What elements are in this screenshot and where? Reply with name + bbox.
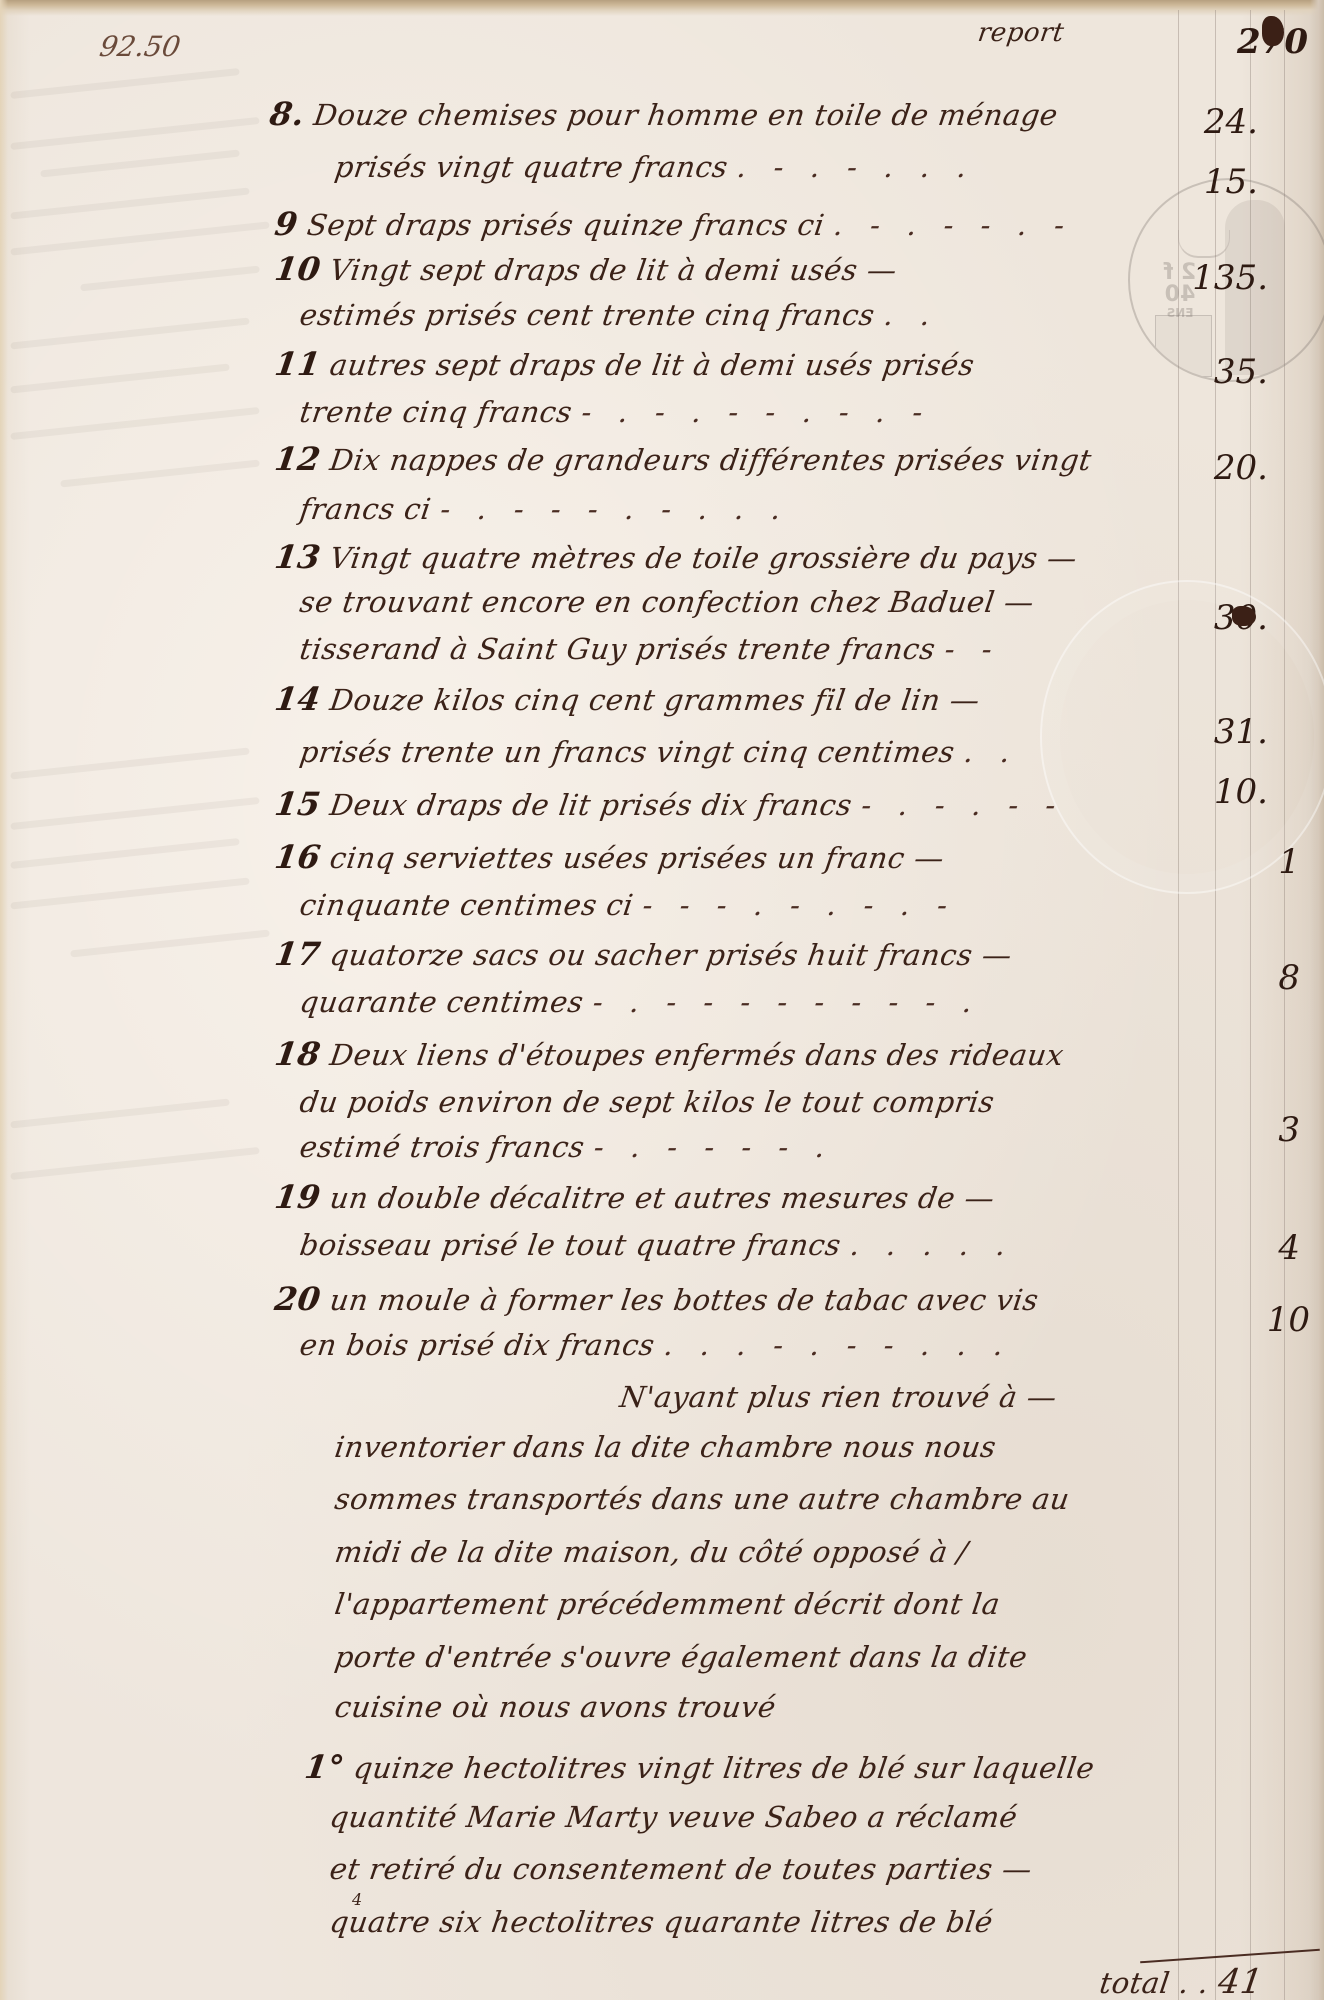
item-17-line-1: 17 quatorze sacs ou sacher prisés huit f…: [272, 935, 1014, 973]
item-20-line-2: en bois prisé dix francs . . . - . - - .…: [298, 1328, 1015, 1362]
item-10-amount: 135.: [1178, 258, 1268, 298]
bleed-through-text: [10, 407, 259, 440]
new-item-1-line-1: 1° quinze hectolitres vingt litres de bl…: [302, 1748, 1097, 1786]
paragraph-line-1: N'ayant plus rien trouvé à —: [618, 1380, 1059, 1414]
bleed-through-text: [80, 266, 260, 292]
new-item-1-line-4: quatre six hectolitres quarante litres d…: [328, 1905, 996, 1939]
struck-digit-blot: [1232, 606, 1256, 626]
item-10-line-1: 10 Vingt sept draps de lit à demi usés —: [272, 250, 899, 288]
item-19-line-1: 19 un double décalitre et autres mesures…: [272, 1178, 997, 1216]
item-15-line-1: 15 Deux draps de lit prisés dix francs -…: [272, 785, 1067, 823]
bleed-through-text: [10, 317, 249, 349]
item-13-line-1: 13 Vingt quatre mètres de toile grossièr…: [272, 538, 1079, 576]
item-19-line-2: boisseau prisé le tout quatre francs . .…: [298, 1228, 1017, 1262]
item-18-line-2: du poids environ de sept kilos le tout c…: [298, 1085, 997, 1119]
item-16-line-2: cinquante centimes ci - - - . - . - . -: [298, 888, 959, 922]
bleed-through-text: [70, 930, 270, 958]
report-label: report: [976, 18, 1066, 48]
bleed-through-text: [10, 1147, 259, 1180]
item-11-line-1: 11 autres sept draps de lit à demi usés …: [272, 345, 977, 383]
item-14-line-1: 14 Douze kilos cinq cent grammes fil de …: [272, 680, 982, 718]
item-15-amount: 10.: [1178, 772, 1268, 812]
bleed-through-text: [10, 117, 259, 150]
paragraph-line-5: l'appartement précédemment décrit dont l…: [333, 1587, 1003, 1621]
item-16-line-1: 16 cinq serviettes usées prisées un fran…: [272, 838, 946, 876]
item-11-line-2: trente cinq francs - . - . - - . - . -: [298, 395, 934, 429]
bleed-through-text: [10, 747, 249, 779]
item-12-line-1: 12 Dix nappes de grandeurs différentes p…: [272, 440, 1094, 478]
left-page-edge: [0, 0, 8, 2000]
scales-of-justice-icon: [1178, 230, 1230, 258]
item-20-amount: 10: [1220, 1300, 1310, 1340]
item-18-line-3: estimé trois francs - . - - - - .: [298, 1130, 837, 1164]
item-8-line-2: prisés vingt quatre francs . - . - . . .: [333, 150, 978, 184]
bleed-through-text: [10, 68, 239, 99]
ink-blot: [1262, 16, 1284, 46]
item-9-line-1: 9 Sept draps prisés quinze francs ci . -…: [272, 205, 1076, 243]
bleed-through-text: [10, 838, 239, 869]
item-9-amount: 15.: [1168, 162, 1258, 202]
paragraph-line-7: cuisine où nous avons trouvé: [333, 1690, 779, 1724]
item-10-line-2: estimés prisés cent trente cinq francs .…: [298, 298, 942, 332]
new-item-1-line-3: et retiré du consentement de toutes part…: [328, 1852, 1035, 1886]
binding-edge: [0, 0, 1324, 16]
ledger-page: 2 f 40 ENS 92.50 report 270 8. Douze che…: [0, 0, 1324, 2000]
bleed-through-text: [40, 150, 240, 178]
item-19-amount: 4: [1210, 1228, 1300, 1268]
item-12-amount: 20.: [1178, 448, 1268, 488]
item-16-amount: 1: [1210, 842, 1300, 882]
item-8-amount: 24.: [1168, 102, 1258, 142]
bleed-through-text: [10, 877, 249, 909]
bleed-through-text: [10, 364, 230, 394]
margin-note: 92.50: [97, 30, 183, 63]
item-18-amount: 3: [1210, 1110, 1300, 1150]
paragraph-line-4: midi de la dite maison, du côté opposé à…: [333, 1535, 971, 1569]
new-item-1-line-2: quantité Marie Marty veuve Sabeo a récla…: [328, 1800, 1020, 1834]
bleed-through-text: [10, 797, 259, 830]
item-13-line-2: se trouvant encore en confection chez Ba…: [298, 585, 1037, 619]
paragraph-line-2: inventorier dans la dite chambre nous no…: [333, 1430, 999, 1464]
paragraph-line-6: porte d'entrée s'ouvre également dans la…: [333, 1640, 1030, 1674]
bleed-through-text: [10, 187, 249, 219]
item-14-line-2: prisés trente un francs vingt cinq centi…: [298, 735, 1022, 769]
total-label: total . . 41: [1097, 1962, 1265, 2000]
item-11-amount: 35.: [1178, 352, 1268, 392]
bleed-through-text: [60, 460, 260, 488]
paragraph-line-3: sommes transportés dans une autre chambr…: [333, 1482, 1072, 1516]
bleed-through-text: [10, 221, 269, 255]
item-18-line-1: 18 Deux liens d'étoupes enfermés dans de…: [272, 1035, 1066, 1073]
item-20-line-1: 20 un moule à former les bottes de tabac…: [272, 1280, 1041, 1318]
item-17-amount: 8: [1210, 958, 1300, 998]
item-17-line-2: quarante centimes - . - - - - - - - - .: [298, 985, 984, 1019]
item-13-line-3: tisserand à Saint Guy prisés trente fran…: [298, 632, 1004, 666]
item-8-line-1: 8. Douze chemises pour homme en toile de…: [267, 95, 1060, 133]
bleed-through-text: [10, 1099, 230, 1129]
item-12-line-2: francs ci - . - - - . - . . .: [298, 492, 792, 526]
item-14-amount: 31.: [1178, 712, 1268, 752]
